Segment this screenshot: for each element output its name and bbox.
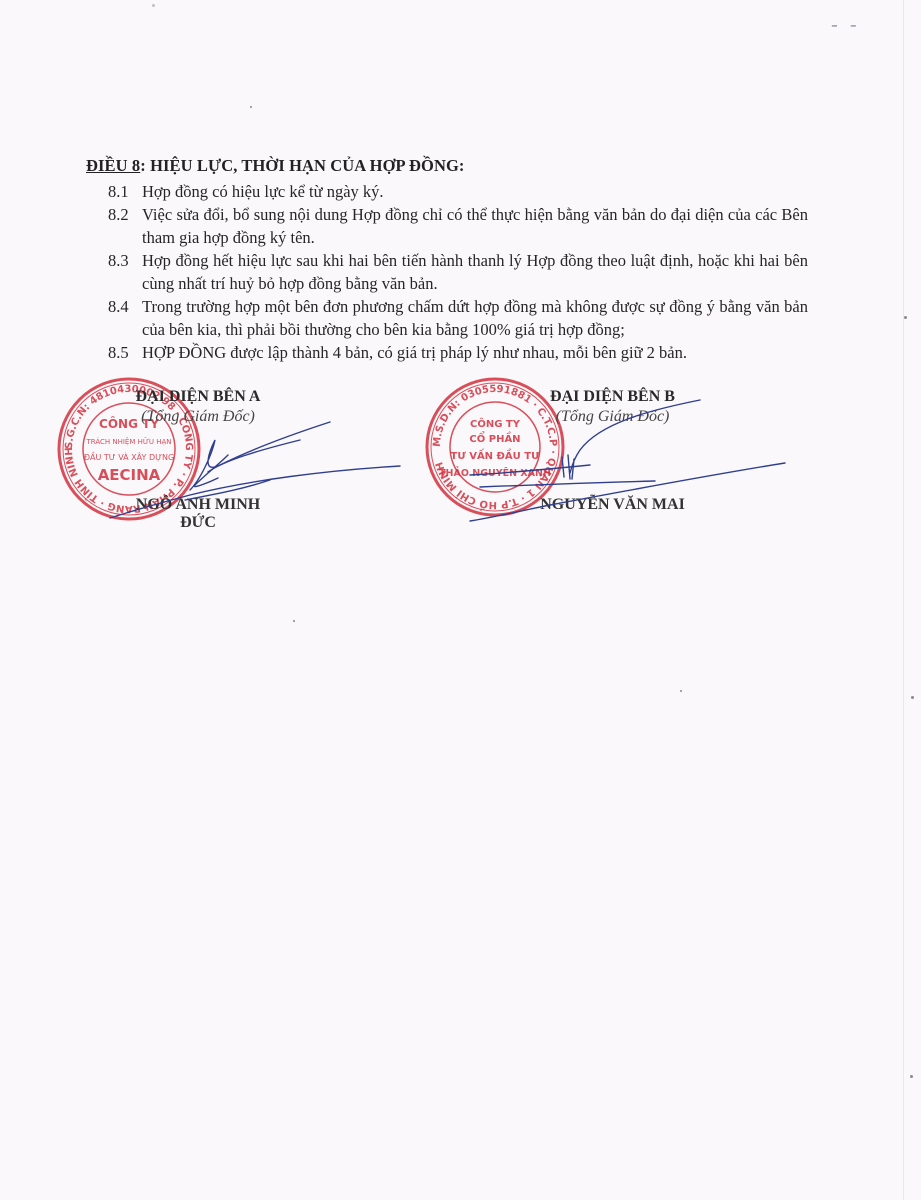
svg-text:CÔNG TY: CÔNG TY	[470, 417, 521, 430]
clause-item: 8.2 Việc sửa đổi, bổ sung nội dung Hợp đ…	[108, 203, 808, 249]
article-colon: :	[140, 156, 150, 175]
clause-text: Việc sửa đổi, bổ sung nội dung Hợp đồng …	[142, 203, 808, 249]
svg-text:CỔ PHẦN: CỔ PHẦN	[469, 430, 520, 445]
clause-number: 8.5	[108, 341, 142, 364]
scan-speck	[152, 4, 155, 7]
clause-number: 8.3	[108, 249, 142, 295]
article-number: ĐIỀU 8	[86, 156, 140, 175]
party-a-name: NGÔ ANH MINH ĐỨC	[118, 496, 278, 532]
signature-block-party-b: ĐẠI DIỆN BÊN B (Tổng Giám Đốc) NGUYỄN VĂ…	[525, 388, 700, 514]
scan-speck	[680, 690, 682, 692]
scan-speck	[904, 316, 907, 319]
corner-mark: - -	[831, 18, 860, 34]
scan-edge-line	[903, 0, 904, 1200]
clause-list: 8.1 Hợp đồng có hiệu lực kể từ ngày ký. …	[108, 180, 808, 364]
clause-text: Hợp đồng hết hiệu lực sau khi hai bên ti…	[142, 249, 808, 295]
clause-number: 8.4	[108, 295, 142, 341]
scan-speck	[910, 1075, 913, 1078]
clause-item: 8.1 Hợp đồng có hiệu lực kể từ ngày ký.	[108, 180, 808, 203]
clause-text: Hợp đồng có hiệu lực kể từ ngày ký.	[142, 180, 808, 203]
party-a-position: (Tổng Giám Đốc)	[118, 408, 278, 426]
clause-item: 8.3 Hợp đồng hết hiệu lực sau khi hai bê…	[108, 249, 808, 295]
article-title: HIỆU LỰC, THỜI HẠN CỦA HỢP ĐỒNG:	[150, 156, 464, 175]
signature-block-party-a: ĐẠI DIỆN BÊN A (Tổng Giám Đốc) NGÔ ANH M…	[118, 388, 278, 532]
clause-text: HỢP ĐỒNG được lập thành 4 bản, có giá tr…	[142, 341, 808, 364]
clause-text: Trong trường hợp một bên đơn phương chấm…	[142, 295, 808, 341]
scan-speck	[293, 620, 295, 622]
clause-item: 8.5 HỢP ĐỒNG được lập thành 4 bản, có gi…	[108, 341, 808, 364]
party-b-name: NGUYỄN VĂN MAI	[525, 496, 700, 514]
party-a-role: ĐẠI DIỆN BÊN A	[118, 388, 278, 406]
party-b-position: (Tổng Giám Đốc)	[525, 408, 700, 426]
scanned-contract-page: - - ĐIỀU 8: HIỆU LỰC, THỜI HẠN CỦA HỢP Đ…	[0, 0, 921, 1200]
scan-speck	[911, 696, 914, 699]
clause-number: 8.1	[108, 180, 142, 203]
scan-speck	[250, 106, 252, 108]
clause-number: 8.2	[108, 203, 142, 249]
article-heading: ĐIỀU 8: HIỆU LỰC, THỜI HẠN CỦA HỢP ĐỒNG:	[86, 156, 465, 176]
party-b-role: ĐẠI DIỆN BÊN B	[525, 388, 700, 406]
clause-item: 8.4 Trong trường hợp một bên đơn phương …	[108, 295, 808, 341]
